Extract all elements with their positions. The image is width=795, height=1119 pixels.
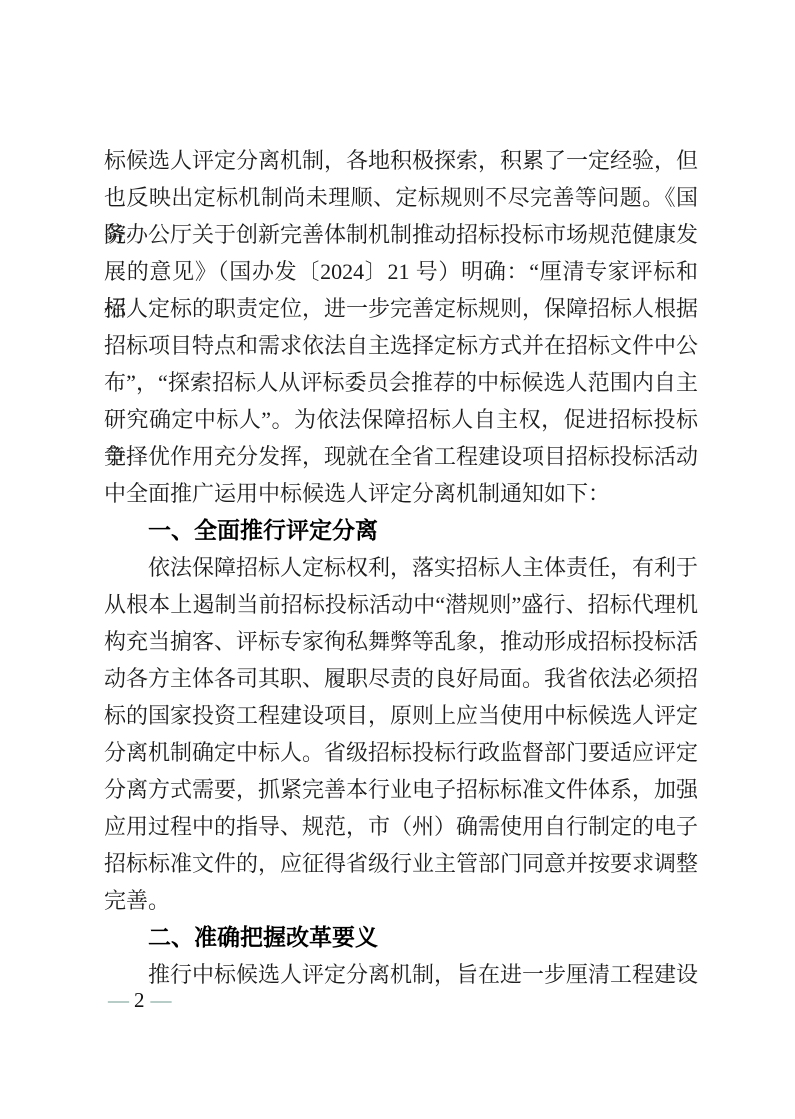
text-line: 研究确定中标人”。为依法保障招标人自主权，促进招标投标竞 xyxy=(104,401,698,438)
text-line: 动各方主体各司其职、履职尽责的良好局面。我省依法必须招 xyxy=(104,660,698,697)
page-number-dash-left: — xyxy=(108,988,128,1012)
text-line: 院办公厅关于创新完善体制机制推动招标投标市场规范健康发 xyxy=(104,216,698,253)
text-line: 分离方式需要，抓紧完善本行业电子招标标准文件体系，加强 xyxy=(104,771,698,808)
text-line: 推行中标候选人评定分离机制，旨在进一步厘清工程建设 xyxy=(104,956,698,993)
text-line: 构充当掮客、评标专家徇私舞弊等乱象，推动形成招标投标活 xyxy=(104,623,698,660)
text-line: 招标标准文件的，应征得省级行业主管部门同意并按要求调整 xyxy=(104,845,698,882)
text-line: 分离机制确定中标人。省级招标投标行政监督部门要适应评定 xyxy=(104,734,698,771)
document-body: 标候选人评定分离机制，各地积极探索，积累了一定经验，但也反映出定标机制尚未理顺、… xyxy=(104,142,698,993)
page-number-value: 2 xyxy=(134,988,145,1012)
heading-text: 二、准确把握改革要义 xyxy=(104,919,698,956)
text-line: 招标项目特点和需求依法自主选择定标方式并在招标文件中公 xyxy=(104,327,698,364)
body-paragraph: 标候选人评定分离机制，各地积极探索，积累了一定经验，但也反映出定标机制尚未理顺、… xyxy=(104,142,698,512)
text-line: 中全面推广运用中标候选人评定分离机制通知如下： xyxy=(104,475,698,512)
section-heading: 一、全面推行评定分离 xyxy=(104,512,698,549)
page-number: — 2 — xyxy=(108,988,171,1012)
body-paragraph: 依法保障招标人定标权利，落实招标人主体责任，有利于从根本上遏制当前招标投标活动中… xyxy=(104,549,698,919)
text-line: 争择优作用充分发挥，现就在全省工程建设项目招标投标活动 xyxy=(104,438,698,475)
text-line: 也反映出定标机制尚未理顺、定标规则不尽完善等问题。《国务 xyxy=(104,179,698,216)
text-line: 依法保障招标人定标权利，落实招标人主体责任，有利于 xyxy=(104,549,698,586)
text-line: 布”，“探索招标人从评标委员会推荐的中标候选人范围内自主 xyxy=(104,364,698,401)
text-line: 完善。 xyxy=(104,882,698,919)
text-line: 标的国家投资工程建设项目，原则上应当使用中标候选人评定 xyxy=(104,697,698,734)
text-line: 应用过程中的指导、规范，市（州）确需使用自行制定的电子 xyxy=(104,808,698,845)
page-number-dash-right: — xyxy=(151,988,171,1012)
heading-text: 一、全面推行评定分离 xyxy=(104,512,698,549)
text-line: 标候选人评定分离机制，各地积极探索，积累了一定经验，但 xyxy=(104,142,698,179)
body-paragraph: 推行中标候选人评定分离机制，旨在进一步厘清工程建设 xyxy=(104,956,698,993)
text-line: 展的意见》（国办发〔2024〕21 号）明确：“厘清专家评标和招 xyxy=(104,253,698,290)
section-heading: 二、准确把握改革要义 xyxy=(104,919,698,956)
document-page: 标候选人评定分离机制，各地积极探索，积累了一定经验，但也反映出定标机制尚未理顺、… xyxy=(0,0,795,1119)
text-line: 标人定标的职责定位，进一步完善定标规则，保障招标人根据 xyxy=(104,290,698,327)
text-line: 从根本上遏制当前招标投标活动中“潜规则”盛行、招标代理机 xyxy=(104,586,698,623)
